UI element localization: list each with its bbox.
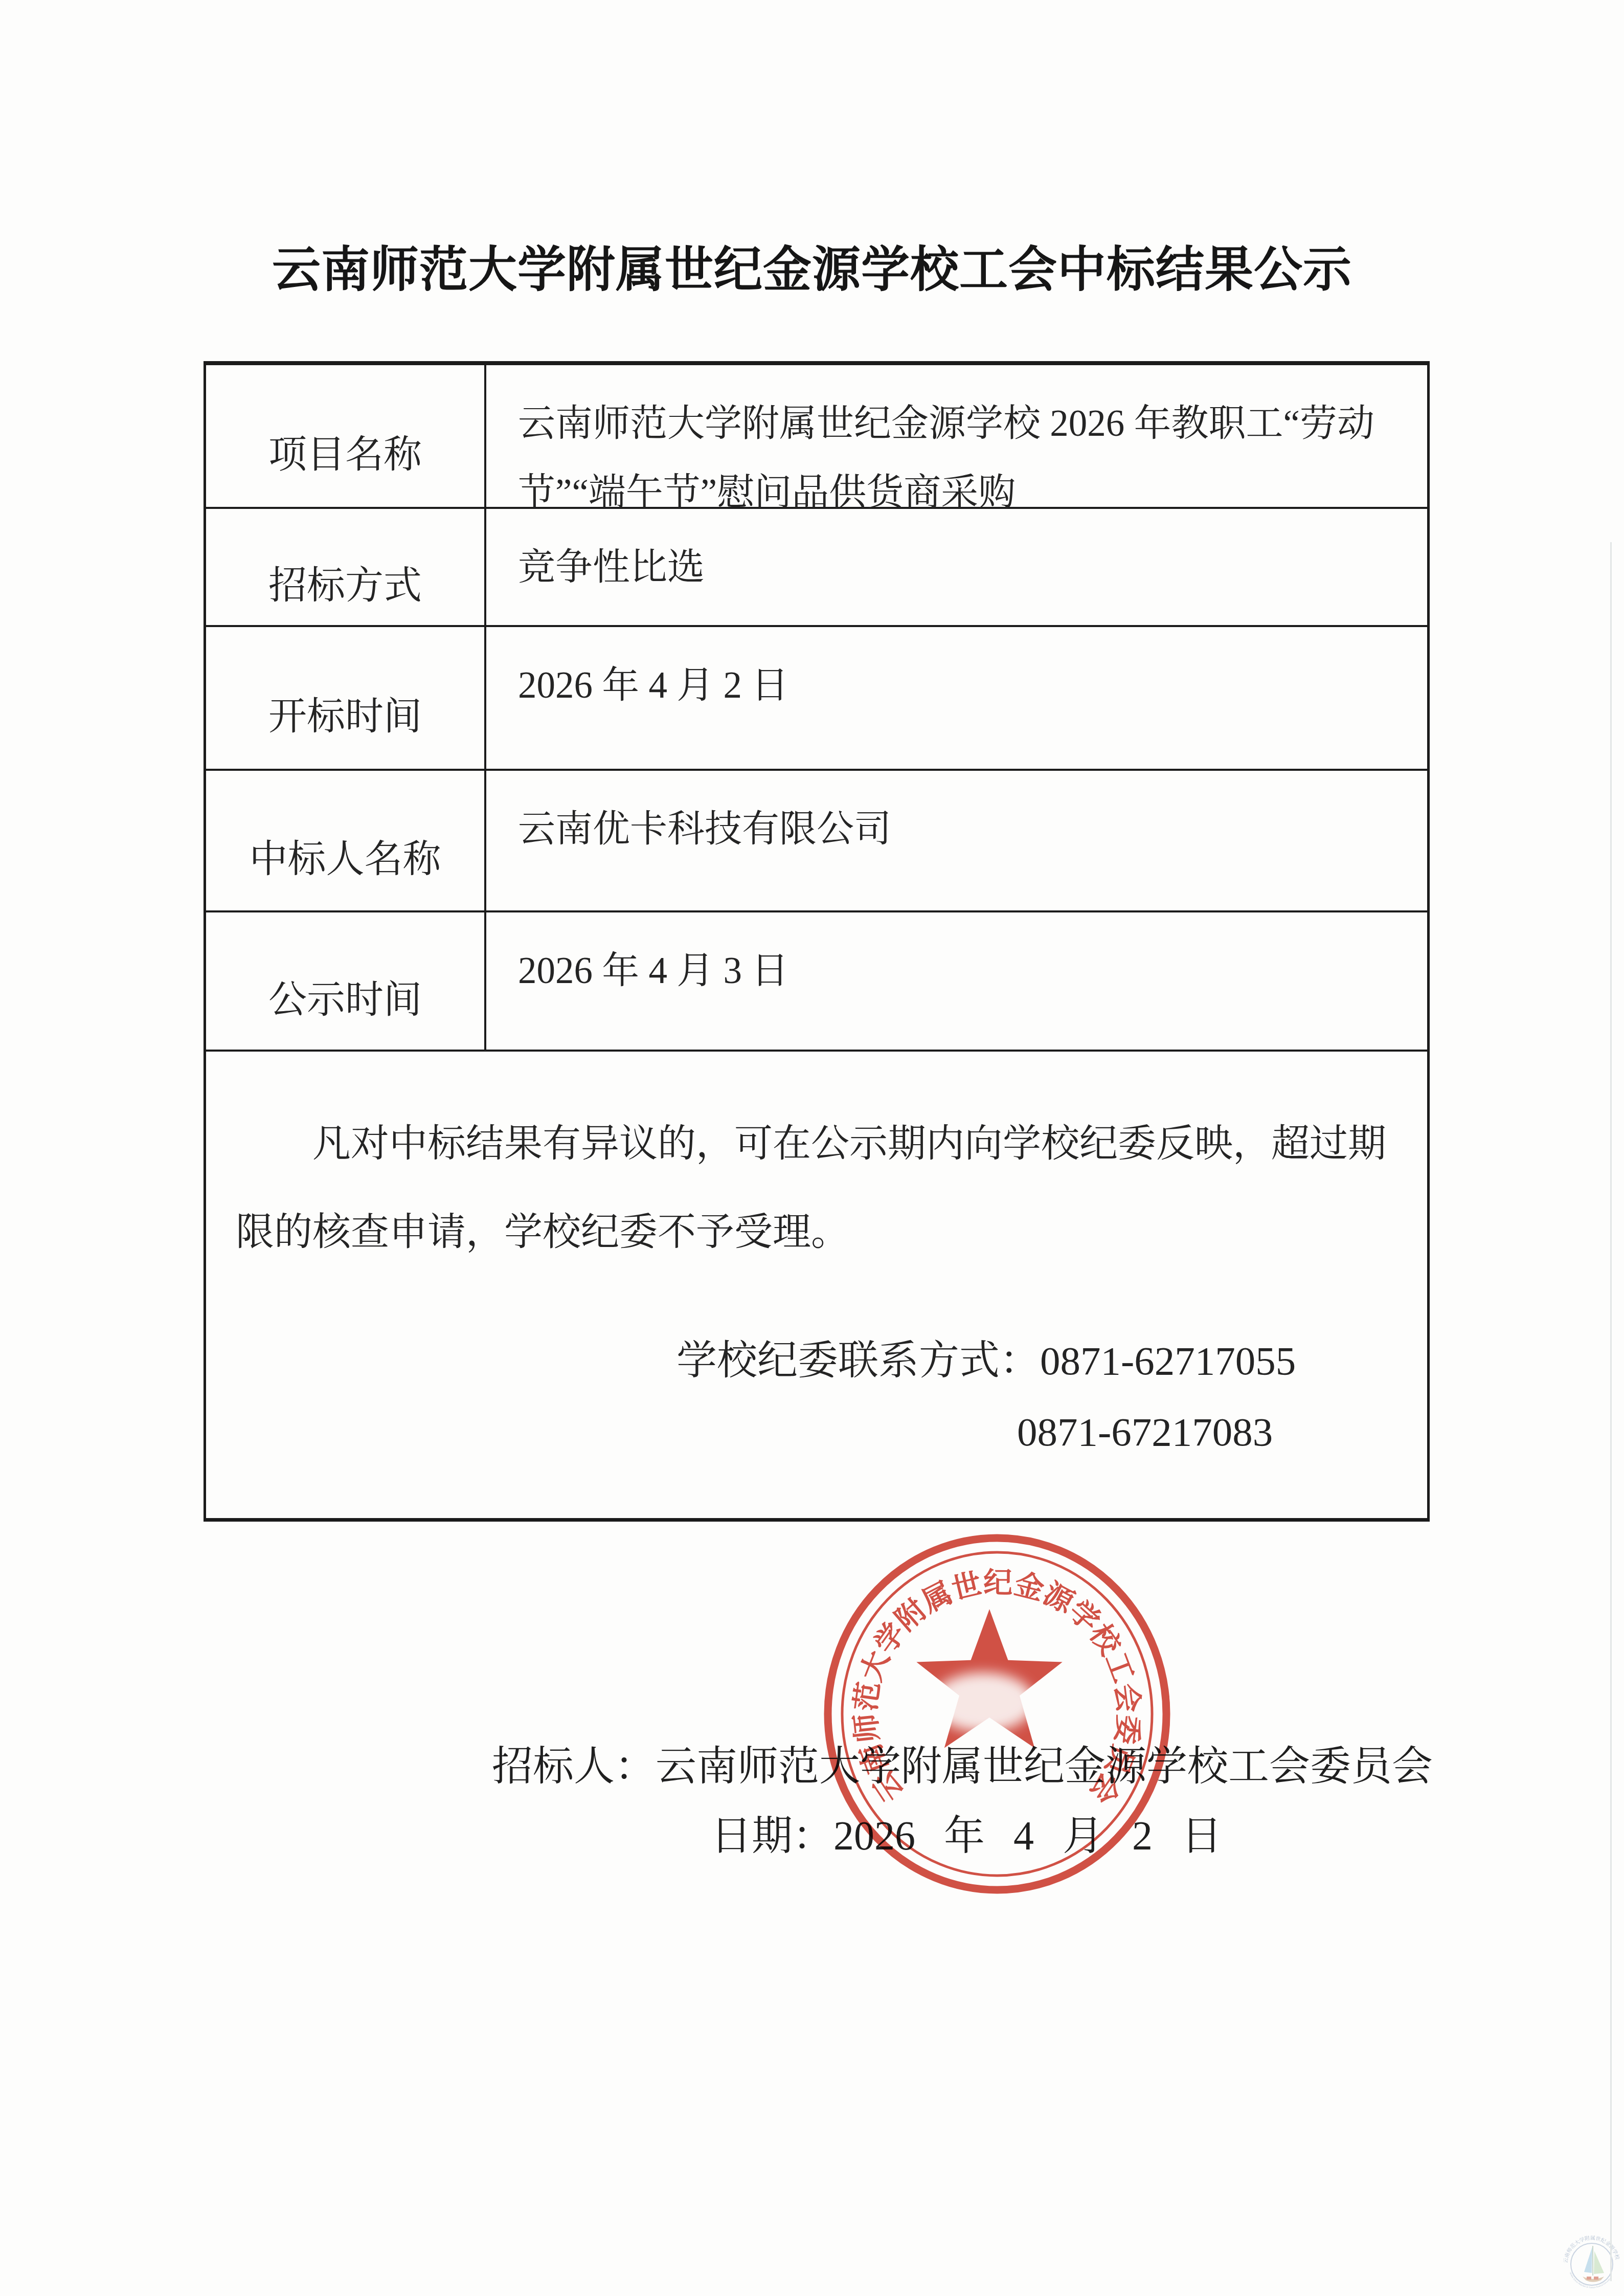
contact-label: 学校纪委联系方式： [676, 1339, 1040, 1384]
logo-hull-cargo [1587, 2277, 1591, 2280]
row-label-text: 公示时间 [268, 969, 422, 1024]
contact-phone-secondary: 0871-67217083 [1017, 1410, 1397, 1456]
row-value-bid-method: 竞争性比选 [486, 509, 1427, 627]
objection-notice-cell: 凡对中标结果有异议的，可在公示期内向学校纪委反映，超过期限的核查申请，学校纪委不… [206, 1052, 1427, 1518]
logo-sail-left [1584, 2247, 1592, 2273]
bidder-label: 招标人： [492, 1744, 656, 1789]
row-label-opening-time: 开标时间 [206, 627, 486, 771]
discipline-contact-line: 学校纪委联系方式：0871-62717055 [676, 1328, 1397, 1386]
row-label-winner-name: 中标人名称 [206, 771, 486, 912]
document-title: 云南师范大学附属世纪金源学校工会中标结果公示 [0, 231, 1624, 301]
row-label-text: 招标方式 [268, 555, 422, 610]
union-committee-seal: 云南师范大学附属世纪金源学校工会委员会 [821, 1533, 1174, 1894]
logo-sail-right [1594, 2251, 1604, 2274]
row-value-project-name: 云南师范大学附属世纪金源学校 2026 年教职工“劳动节”“端午节”慰问品供货商… [486, 365, 1427, 509]
row-label-text: 开标时间 [268, 686, 422, 741]
logo-hull-cargo [1594, 2277, 1598, 2280]
row-value-publicity-time: 2026 年 4 月 3 日 [486, 912, 1427, 1052]
row-label-text: 中标人名称 [249, 829, 441, 883]
objection-notice-paragraph: 凡对中标结果有异议的，可在公示期内向学校纪委反映，超过期限的核查申请，学校纪委不… [236, 1100, 1397, 1277]
row-label-bid-method: 招标方式 [206, 509, 486, 627]
seal-ink-smudge [932, 1673, 1034, 1732]
scan-artifact-line [1610, 542, 1612, 2281]
document-page: 云南师范大学附属世纪金源学校工会中标结果公示 项目名称 云南师范大学附属世纪金源… [0, 0, 1624, 2296]
row-value-opening-time: 2026 年 4 月 2 日 [486, 627, 1427, 771]
school-logo-watermark: 云南师范大学附属世纪金源学校 Middle School Attached To… [1561, 2234, 1622, 2295]
row-value-winner-name: 云南优卡科技有限公司 [486, 771, 1427, 912]
row-label-text: 项目名称 [268, 424, 422, 479]
logo-hull [1583, 2277, 1604, 2282]
contact-phone-primary: 0871-62717055 [1040, 1339, 1296, 1384]
row-label-publicity-time: 公示时间 [206, 912, 486, 1052]
row-label-project-name: 项目名称 [206, 365, 486, 509]
bid-info-table: 项目名称 云南师范大学附属世纪金源学校 2026 年教职工“劳动节”“端午节”慰… [204, 361, 1430, 1522]
date-label: 日期： [711, 1814, 833, 1859]
